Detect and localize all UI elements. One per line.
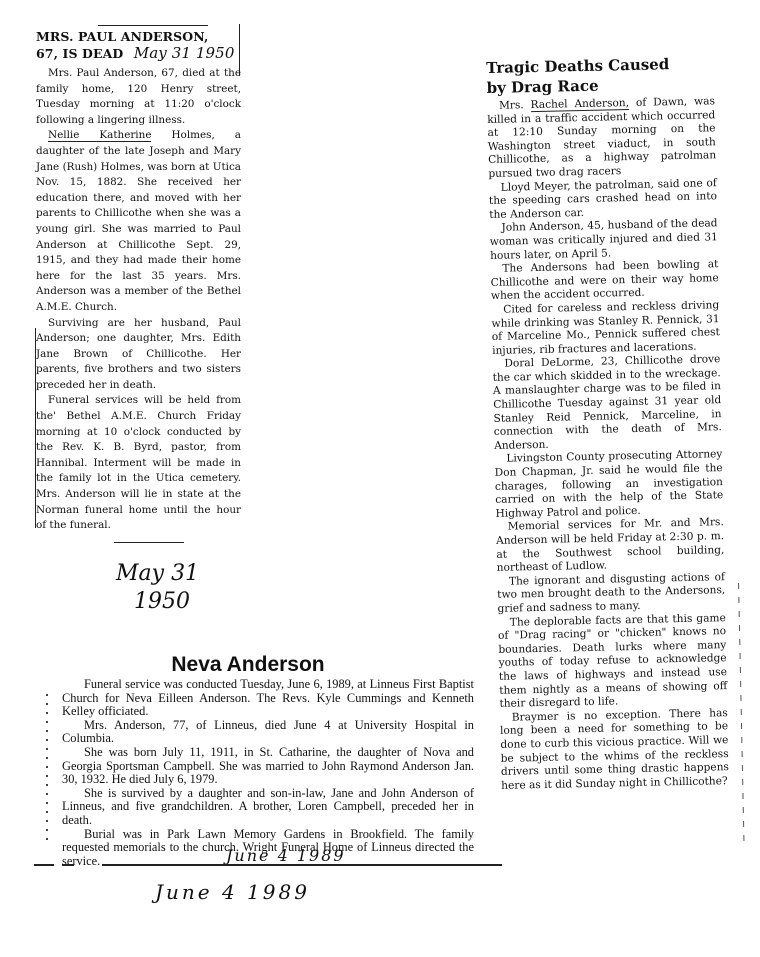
handwritten-note-1989: June 4 1989 [155, 880, 310, 904]
paragraph: Funeral service was conducted Tuesday, J… [62, 678, 474, 719]
divider [738, 583, 744, 843]
handwritten-date: June 4 1989 [226, 846, 346, 865]
paragraph: Lloyd Meyer, the patrolman, said one of … [489, 177, 718, 223]
divider [35, 328, 36, 528]
divider [239, 24, 240, 76]
underlined-name: Nellie Katherine [48, 129, 151, 142]
divider [62, 864, 74, 866]
obituary-title: Neva Anderson [22, 652, 474, 678]
article-drag-race: Tragic Deaths Caused by Drag Race Mrs. R… [486, 53, 729, 793]
headline-line-1: MRS. PAUL ANDERSON, [36, 28, 241, 45]
paragraph: Doral DeLorme, 23, Chillicothe drove the… [492, 353, 722, 453]
paragraph: Memorial services for Mr. and Mrs. Ander… [496, 517, 725, 576]
paragraph: John Anderson, 45, husband of the dead w… [489, 218, 718, 264]
end-divider [114, 542, 184, 543]
article-body: Mrs. Paul Anderson, 67, died at the fami… [36, 66, 241, 534]
name-rest: Holmes, a [172, 129, 241, 141]
article-body: Funeral service was conducted Tuesday, J… [62, 678, 474, 868]
obituary-neva-anderson: Neva Anderson Funeral service was conduc… [62, 652, 474, 868]
paragraph: Mrs. Rachel Anderson, of Dawn, was kille… [487, 95, 717, 181]
margin-dots [46, 694, 48, 844]
headline-line-2: by Drag Race [486, 73, 714, 98]
divider [102, 864, 502, 866]
paragraph: Mrs. Anderson, 77, of Linneus, died June… [62, 719, 474, 746]
handwritten-date: May 31 1950 [134, 44, 235, 62]
note-line-1: May 31 [116, 561, 199, 586]
paragraph: Mrs. Paul Anderson, 67, died at the fami… [36, 66, 241, 128]
paragraph: The Andersons had been bowling at Chilli… [490, 258, 719, 304]
divider [34, 864, 54, 866]
handwritten-note-1950: May 31 1950 [116, 560, 199, 616]
paragraph: The deplorable facts are that this game … [498, 612, 728, 712]
headline-line-2: 67, IS DEAD [36, 46, 123, 61]
paragraph: Livingston County prosecuting Attorney D… [494, 449, 723, 522]
headline: MRS. PAUL ANDERSON, 67, IS DEAD May 31 1… [36, 28, 241, 62]
paragraph: She was born July 11, 1911, in St. Catha… [62, 746, 474, 787]
paragraph-text: daughter of the late Joseph and Mary Jan… [36, 145, 241, 313]
headline: Tragic Deaths Caused by Drag Race [486, 53, 715, 98]
paragraph: Surviving are her husband, Paul Anderson… [36, 316, 241, 394]
paragraph: Braymer is no exception. There has long … [500, 707, 730, 793]
paragraph: The ignorant and disgusting actions of t… [497, 571, 726, 617]
paragraph: Funeral services will be held from the' … [36, 393, 241, 533]
article-body: Mrs. Rachel Anderson, of Dawn, was kille… [487, 95, 729, 793]
underlined-name: Rachel Anderson, [530, 97, 629, 112]
note-line-2: 1950 [116, 588, 199, 616]
obituary-paul-anderson: MRS. PAUL ANDERSON, 67, IS DEAD May 31 1… [36, 28, 241, 543]
divider [98, 25, 208, 26]
prefix: Mrs. [499, 99, 524, 112]
paragraph: Nellie Katherine Holmes, a daughter of t… [36, 128, 241, 315]
paragraph: Cited for careless and reckless driving … [491, 299, 720, 358]
paragraph: She is survived by a daughter and son-in… [62, 787, 474, 828]
